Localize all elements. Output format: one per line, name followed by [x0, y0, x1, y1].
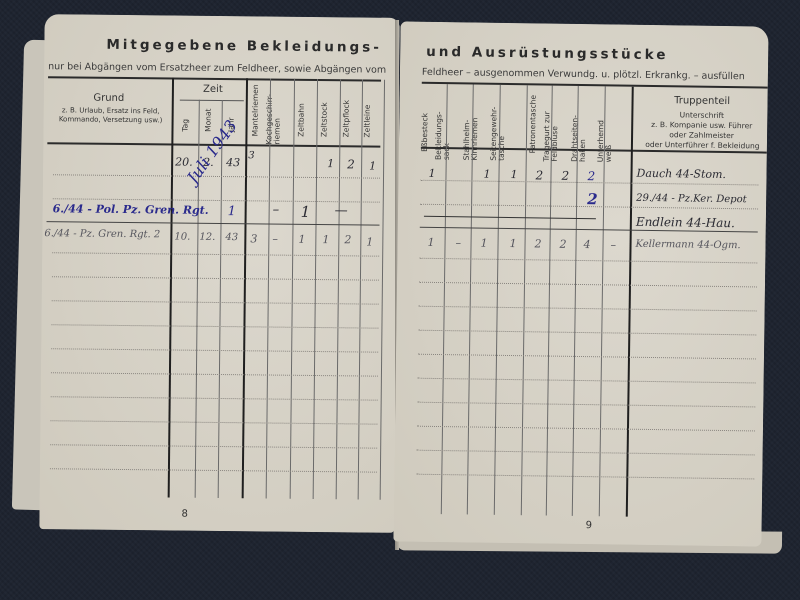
entry1-zeltleine: 1 [369, 160, 376, 173]
row-separator [47, 221, 380, 225]
col-divider [336, 79, 341, 499]
entry1-zeltpflock: 2 [347, 157, 355, 171]
header-patronentasche: Patronentasche [529, 95, 538, 153]
row-line [53, 174, 380, 178]
row-line [50, 468, 377, 472]
header-monat: Monat [204, 108, 212, 131]
entry4-seitengewehr: 1 [509, 237, 516, 250]
row-line [52, 300, 379, 304]
entry4-monat: 12. [199, 232, 215, 243]
header-truppenteil: Truppenteil [639, 95, 764, 108]
entry1-mantelriemen: 3 [248, 150, 254, 161]
header-truppenteil-sub4: oder Unterführer f. Bekleidung [635, 140, 769, 151]
header-drahtseitenhaken: Drahtseiten-haken [571, 120, 588, 162]
row-line [50, 444, 377, 448]
header-zeltpflock: Zeltpflock [342, 100, 350, 137]
entry4-zeltbahn: 1 [298, 233, 305, 246]
col-divider [380, 80, 385, 500]
header-mantelriemen: Mantelriemen [251, 84, 260, 136]
entry4-stahlhelm: 1 [480, 237, 487, 250]
row-line [51, 396, 378, 400]
entry1-jahr: 43 [226, 156, 240, 169]
row-line [51, 372, 378, 376]
entry1-stahlhelm: 1 [483, 168, 490, 181]
entry4-tag: 10. [174, 232, 190, 243]
title-right: und Ausrüstungsstücke [426, 44, 668, 63]
entry1-patronentasche: 2 [535, 168, 543, 182]
header-kochgeschirrriemen: Kochgeschirr-riemen [265, 84, 282, 144]
entry1-zeltstock: 1 [327, 157, 334, 170]
header-truppenteil-sub3: oder Zahlmeister [639, 130, 764, 141]
entry1-essbesteck: 1 [428, 167, 435, 180]
page-number-right: 9 [586, 520, 593, 531]
subtitle-right: Feldheer – ausgenommen Verwundg. u. plöt… [422, 67, 745, 83]
header-zeltbahn: Zeltbahn [297, 103, 305, 137]
entry4-unterhemd: – [610, 238, 616, 251]
entry3-signature: Endlein 44-Hau. [636, 215, 735, 230]
row-line [51, 324, 378, 328]
header-truppenteil-sub2: z. B. Kompanie usw. Führer [639, 120, 764, 131]
entry2-zeltpflock: — [335, 203, 348, 218]
entry2-signature: 29./44 - Pz.Ker. Depot [636, 193, 747, 206]
entry1-seitengewehr: 1 [510, 168, 517, 181]
entry4-mantelriemen: 3 [250, 232, 257, 245]
header-zeit: Zeit [178, 84, 248, 96]
entry4-signature: Kellermann 44-Ogm. [635, 239, 740, 251]
row-line [51, 348, 378, 352]
row-line [52, 252, 379, 256]
zeit-divider [180, 100, 244, 102]
entry2-strike-line [424, 216, 596, 219]
entry4-patronentasche: 2 [534, 237, 541, 250]
header-grund: Grund [54, 92, 164, 104]
entry4-grund: 6./44 - Pz. Gren. Rgt. 2 [44, 228, 160, 240]
page-right: und Ausrüstungsstücke Feldheer – ausgeno… [393, 21, 768, 546]
entry4-kochgeschirr: – [272, 233, 278, 246]
entry4-bekleidungssack: – [455, 236, 461, 249]
entry2-mantelriemen: 1 [228, 204, 236, 219]
entry4-tragegurt: 2 [559, 238, 566, 251]
entry4-drahtseitenhaken: 4 [583, 238, 590, 251]
entry4-zeltleine: 1 [366, 236, 373, 249]
page-left: Mitgegebene Bekleidungs- nur bei Abgänge… [39, 14, 399, 533]
col-divider [358, 79, 363, 499]
col-divider [242, 78, 248, 498]
entry2-kochgeschirr: – [273, 203, 280, 218]
entry1-tragegurt: 2 [561, 169, 569, 183]
col-divider [313, 79, 318, 499]
subtitle-left: nur bei Abgängen vom Ersatzheer zum Feld… [48, 61, 386, 76]
entry4-zeltpflock: 2 [344, 233, 351, 246]
row-line [50, 420, 377, 424]
header-bekleidungssack: Bekleidungs-sack [435, 120, 452, 160]
header-grund-sub: z. B. Urlaub, Ersatz ins Feld, Kommando,… [52, 106, 170, 125]
entry2-zeltstock: 1 [301, 203, 311, 221]
col-divider [168, 77, 174, 497]
entry4-essbesteck: 1 [427, 236, 434, 249]
header-zeltleine: Zeltleine [363, 105, 371, 138]
page-number-left: 8 [181, 509, 187, 520]
entry1-drahtseitenhaken: 2 [587, 169, 595, 183]
entry1-signature: Dauch 44-Stom. [636, 167, 726, 181]
header-tag: Tag [181, 119, 189, 132]
col-divider [290, 79, 295, 499]
title-left: Mitgegebene Bekleidungs- [106, 37, 382, 56]
header-rule [48, 76, 381, 81]
entry4-jahr: 43 [225, 232, 238, 243]
entry2-grund: 6./44 - Pol. Pz. Gren. Rgt. [53, 202, 209, 217]
header-zeltstock: Zeltstock [320, 102, 328, 137]
entry4-zeltstock: 1 [322, 233, 329, 246]
entry2-drahtseitenhaken: 2 [587, 190, 598, 208]
header-unterschrift: Unterschrift [639, 110, 764, 121]
row-line [52, 276, 379, 280]
col-divider [218, 100, 223, 498]
